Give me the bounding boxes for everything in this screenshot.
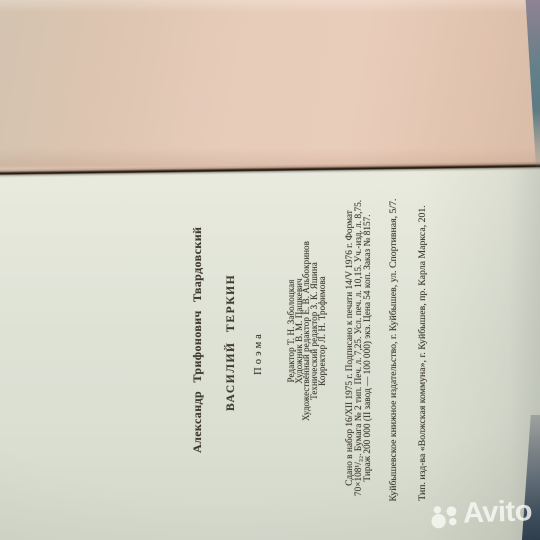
avito-wordmark: Avito [462,494,532,530]
avito-watermark: Avito [428,494,532,532]
publisher-line: Куйбышевское книжное издательство, г. Ку… [388,192,400,508]
book-author: Александр Трифонович Твардовский [190,248,208,453]
book-title: ВАСИЛИЙ ТЕРКИН [225,299,241,411]
flyleaf-page [0,0,540,176]
imprint-line: Тираж 200 000 (II завод — 100 000) экз. … [364,189,373,507]
printer-line: Тип. изд-ва «Волжская коммуна», г. Куйбы… [417,192,429,514]
credits-block: Редактор Т. Н. Заболоцкая Художник В. М.… [288,241,328,421]
book-genre: Поэма [253,328,267,378]
credit-line: Корректор Л. Н. Трофимова [319,241,327,421]
imprint-block: Сдано в набор 16/XII 1975 г. Подписано к… [346,189,373,507]
avito-logo-icon [429,500,461,532]
book-photo: Александр Трифонович Твардовский ВАСИЛИЙ… [0,0,540,540]
